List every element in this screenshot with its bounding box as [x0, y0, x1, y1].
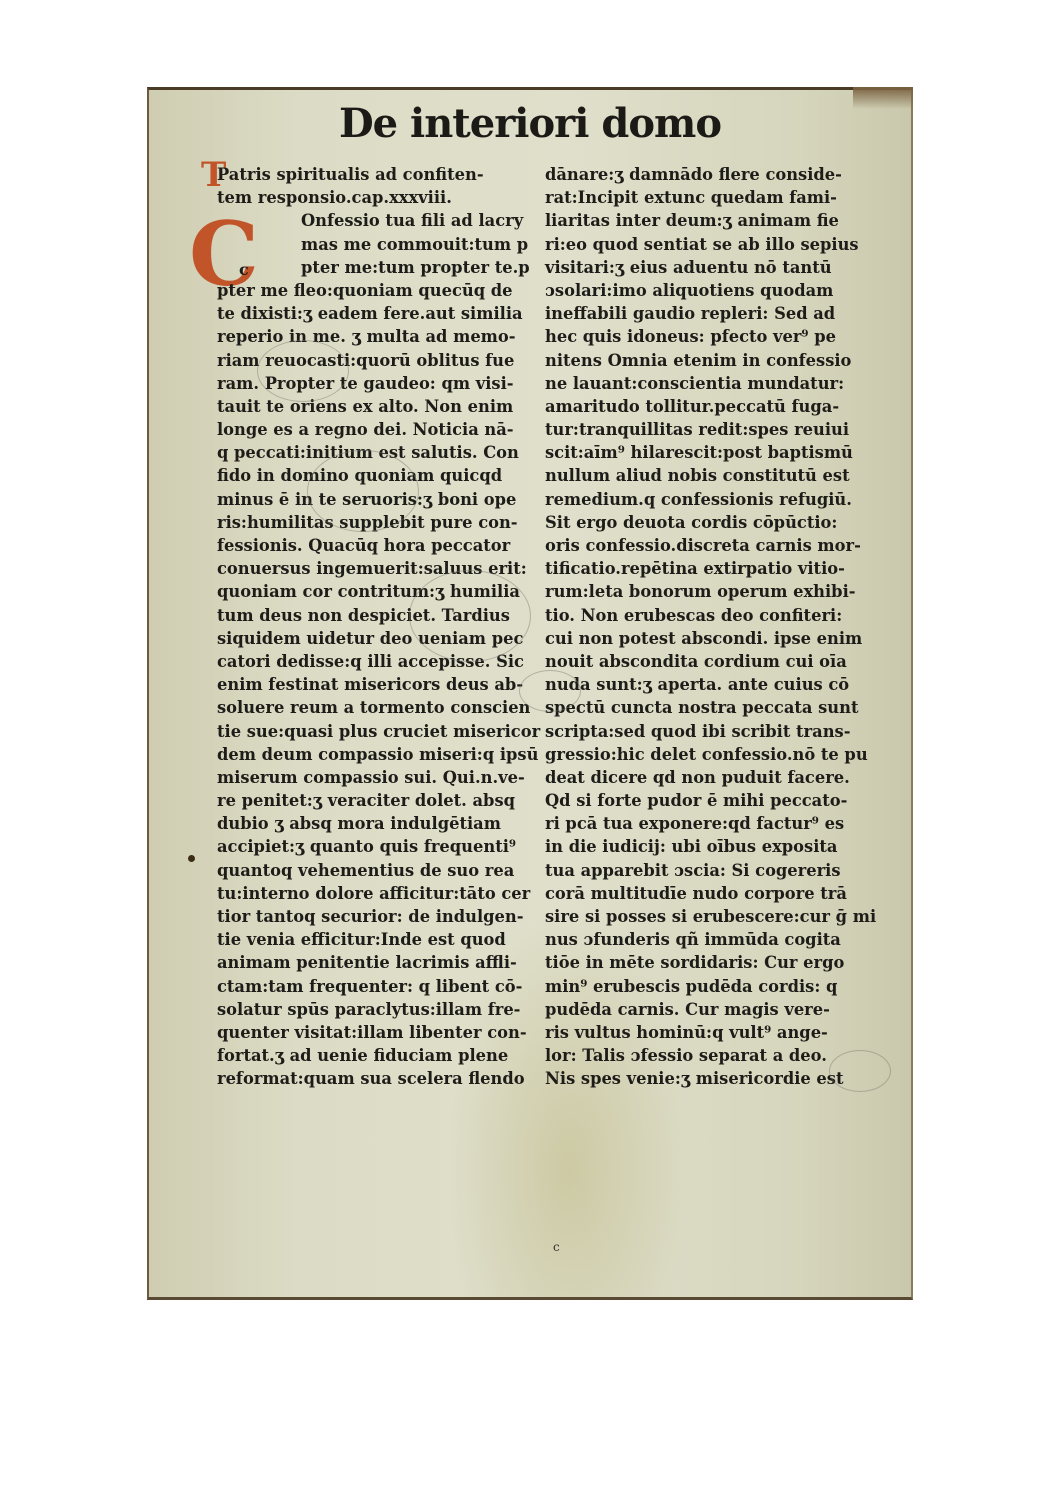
text-line: reperio in me. ʒ multa ad memo-	[217, 325, 547, 348]
text-line: min⁹ erubescis pudēda cordis: q	[545, 975, 895, 998]
text-line: scit:aīm⁹ hilarescit:post baptismū	[545, 441, 895, 464]
text-line: liaritas inter deum:ʒ animam fie	[545, 209, 895, 232]
text-line: lor: Talis ɔfessio separat a deo.	[545, 1044, 895, 1067]
text-line: quantoq vehementius de suo rea	[217, 859, 547, 882]
text-line: catori dedisse:q illi accepisse. Sic	[217, 650, 547, 673]
text-line: soluere reum a tormento conscien	[217, 696, 547, 719]
text-line: siquidem uidetur deo ueniam pec	[217, 627, 547, 650]
text-line: scripta:sed quod ibi scribit trans-	[545, 720, 895, 743]
text-line: q peccati:initium est salutis. Con	[217, 441, 547, 464]
text-line: conuersus ingemuerit:saluus erit:	[217, 557, 547, 580]
page-running-title: De interiori domo	[149, 100, 911, 147]
text-column-left: Patris spiritualis ad confiten- tem resp…	[217, 163, 547, 1091]
text-line: ri:eo quod sentiat se ab illo sepius	[545, 233, 895, 256]
text-line: hec quis idoneus: pfecto ver⁹ pe	[545, 325, 895, 348]
text-line: quenter visitat:illam libenter con-	[217, 1021, 547, 1044]
text-line: ram. Propter te gaudeo: qm visi-	[217, 372, 547, 395]
text-line: Patris spiritualis ad confiten-	[217, 163, 547, 186]
text-line: tua apparebit ɔscia: Si cogereris	[545, 859, 895, 882]
text-line: reformat:quam sua scelera flendo	[217, 1067, 547, 1090]
text-line: remedium.q confessionis refugiū.	[545, 488, 895, 511]
text-line: tio. Non erubescas deo confiteri:	[545, 604, 895, 627]
text-line: ris:humilitas supplebit pure con-	[217, 511, 547, 534]
text-line: accipiet:ʒ quanto quis frequenti⁹	[217, 835, 547, 858]
text-line: pter me fleo:quoniam quecūq de	[217, 279, 547, 302]
text-line: re penitet:ʒ veraciter dolet. absq	[217, 789, 547, 812]
text-line: riam reuocasti:quorū oblitus fue	[217, 349, 547, 372]
text-line: amaritudo tollitur.peccatū fuga-	[545, 395, 895, 418]
text-line: fortat.ʒ ad uenie fiduciam plene	[217, 1044, 547, 1067]
text-line: pter me:tum propter te.p	[217, 256, 547, 279]
text-line: tie venia efficitur:Inde est quod	[217, 928, 547, 951]
text-column-right: dānare:ʒ damnādo flere conside- rat:Inci…	[545, 163, 895, 1091]
text-line: dānare:ʒ damnādo flere conside-	[545, 163, 895, 186]
text-line: ɔsolari:imo aliquotiens quodam	[545, 279, 895, 302]
text-line: ris vultus hominū:q vult⁹ ange-	[545, 1021, 895, 1044]
text-line: fido in domino quoniam quicqd	[217, 464, 547, 487]
text-line: visitari:ʒ eius aduentu nō tantū	[545, 256, 895, 279]
folio-mark: c	[553, 1240, 560, 1254]
text-line: tur:tranquillitas redit:spes reuiui	[545, 418, 895, 441]
text-line: corā multitudīe nudo corpore trā	[545, 882, 895, 905]
text-line: miserum compassio sui. Qui.n.ve-	[217, 766, 547, 789]
text-line: sire si posses si erubescere:cur ḡ mi	[545, 905, 895, 928]
text-line: oris confessio.discreta carnis mor-	[545, 534, 895, 557]
text-line: enim festinat misericors deus ab-	[217, 673, 547, 696]
text-line: rum:leta bonorum operum exhibi-	[545, 580, 895, 603]
text-line: tior tantoq securior: de indulgen-	[217, 905, 547, 928]
text-line: Qd si forte pudor ē mihi peccato-	[545, 789, 895, 812]
text-line: spectū cuncta nostra peccata sunt	[545, 696, 895, 719]
text-line: ne lauant:conscientia mundatur:	[545, 372, 895, 395]
text-line: pudēda carnis. Cur magis vere-	[545, 998, 895, 1021]
text-line: ctam:tam frequenter: q libent cō-	[217, 975, 547, 998]
text-line: ineffabili gaudio repleri: Sed ad	[545, 302, 895, 325]
text-line: rat:Incipit extunc quedam fami-	[545, 186, 895, 209]
text-line: tificatio.repētina extirpatio vitio-	[545, 557, 895, 580]
book-page-scan: De interiori domo T C c Patris spiritual…	[147, 87, 913, 1300]
text-line: tum deus non despiciet. Tardius	[217, 604, 547, 627]
text-line: nus ɔfunderis qñ immūda cogita	[545, 928, 895, 951]
text-line: dem deum compassio miseri:q ipsū	[217, 743, 547, 766]
text-line: cui non potest abscondi. ipse enim	[545, 627, 895, 650]
text-line: tie sue:quasi plus cruciet misericor	[217, 720, 547, 743]
text-line: in die iudicij: ubi oībus exposita	[545, 835, 895, 858]
text-line: fessionis. Quacūq hora peccator	[217, 534, 547, 557]
ink-spot	[188, 855, 195, 862]
text-line: Sit ergo deuota cordis cōpūctio:	[545, 511, 895, 534]
text-line: tiōe in mēte sordidaris: Cur ergo	[545, 951, 895, 974]
text-line: Onfessio tua fili ad lacry	[217, 209, 547, 232]
text-line: quoniam cor contritum:ʒ humilia	[217, 580, 547, 603]
text-line: tauit te oriens ex alto. Non enim	[217, 395, 547, 418]
text-line: Nis spes venie:ʒ misericordie est	[545, 1067, 895, 1090]
text-line: nuda sunt:ʒ aperta. ante cuius cō	[545, 673, 895, 696]
text-line: dubio ʒ absq mora indulgētiam	[217, 812, 547, 835]
text-line: longe es a regno dei. Noticia nā-	[217, 418, 547, 441]
text-line: solatur spūs paraclytus:illam fre-	[217, 998, 547, 1021]
text-line: mas me commouit:tum p	[217, 233, 547, 256]
text-line: gressio:hic delet confessio.nō te pu	[545, 743, 895, 766]
text-line: tem responsio.cap.xxxviii.	[217, 186, 547, 209]
text-line: nullum aliud nobis constitutū est	[545, 464, 895, 487]
text-line: deat dicere qd non puduit facere.	[545, 766, 895, 789]
text-line: nitens Omnia etenim in confessio	[545, 349, 895, 372]
text-line: nouit abscondita cordium cui oīa	[545, 650, 895, 673]
text-line: ri pcā tua exponere:qd factur⁹ es	[545, 812, 895, 835]
text-line: minus ē in te seruoris:ʒ boni ope	[217, 488, 547, 511]
text-line: tu:interno dolore afficitur:tāto cer	[217, 882, 547, 905]
text-line: animam penitentie lacrimis affli-	[217, 951, 547, 974]
text-line: te dixisti:ʒ eadem fere.aut similia	[217, 302, 547, 325]
